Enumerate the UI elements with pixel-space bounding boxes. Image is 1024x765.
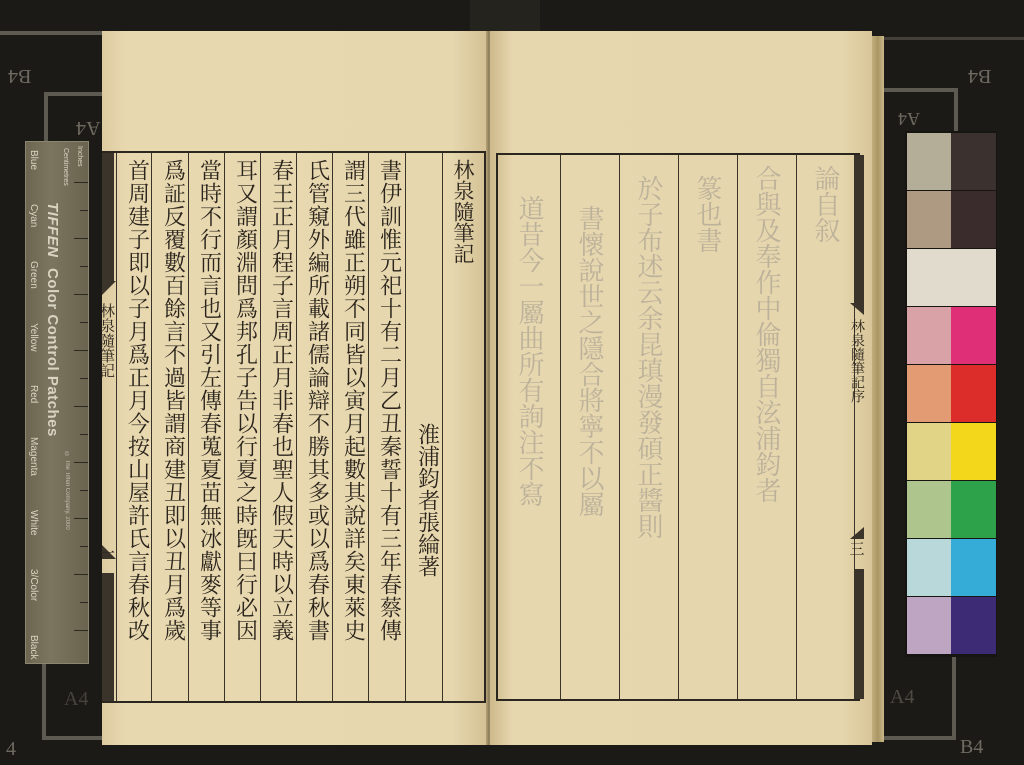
column-text: 篆也書 — [687, 175, 727, 253]
mat-guide-line — [42, 736, 102, 740]
scale-label: Centimetres — [62, 148, 69, 186]
text-column: 春王正月程子言周正月非春也聖人假天時以立義 — [266, 159, 296, 642]
show-through-column: 合與及奉作中倫獨自泫浦鈞者 — [751, 165, 781, 503]
inches-label: Inches — [76, 146, 83, 167]
fold-margin-title: 林泉隨筆記 — [96, 303, 118, 378]
patch-magenta — [951, 307, 996, 364]
fold-margin-page-number: 一 — [96, 541, 118, 566]
ruler-tick — [74, 630, 88, 631]
text-column: 首周建子即以子月爲正月今按山屋許氏言春秋改 — [122, 159, 152, 642]
author-text: 淮浦鈞者張綸著 — [415, 423, 440, 577]
ruler-tick — [80, 322, 88, 323]
label-white: White — [28, 510, 39, 536]
column-text: 爲証反覆數百餘言不過皆謂商建丑即以丑月爲歲 — [161, 159, 186, 642]
mat-label-a4: A4 — [890, 686, 914, 709]
column-text: 合與及奉作中倫獨自泫浦鈞者 — [746, 165, 786, 503]
page-number: 三 — [849, 537, 864, 562]
ruler-tick — [74, 518, 88, 519]
label-red: Red — [28, 385, 39, 403]
column-text: 春王正月程子言周正月非春也聖人假天時以立義 — [269, 159, 294, 642]
ruler-tick — [80, 434, 88, 435]
show-through-column: 道昔今一屬曲所有詢注不寫 — [514, 195, 544, 507]
column-rule — [796, 155, 797, 699]
brand-title: TIFFEN Color Control Patches — [44, 202, 61, 437]
show-through-column: 論自叙 — [810, 165, 840, 243]
column-text: 於子布述云余昆瑱漫發碩正醬則 — [628, 175, 668, 539]
fold-margin-strip — [854, 569, 864, 699]
mat-guide-line — [470, 0, 540, 31]
patch-orange-light — [907, 365, 952, 422]
mat-guide-line — [884, 736, 956, 740]
label-magenta: Magenta — [28, 437, 39, 476]
mat-guide-line — [44, 92, 102, 96]
show-through-column: 書懷說世之隱合將寧不以屬 — [574, 205, 604, 517]
left-page: 林泉隨筆記 一 首周建子即以子月爲正月今按山屋許氏言春秋改 爲証反覆數百餘言不過… — [102, 31, 490, 745]
text-column: 爲証反覆數百餘言不過皆謂商建丑即以丑月爲歲 — [158, 159, 188, 642]
ruler-tick — [74, 350, 88, 351]
mat-label-4: 4 — [6, 738, 16, 761]
column-rule — [678, 155, 679, 699]
show-through-column: 篆也書 — [692, 175, 722, 253]
fold-margin-triangle-top — [102, 281, 116, 295]
column-text: 論自叙 — [805, 165, 845, 243]
patch-violet-light — [907, 597, 952, 654]
patch-white — [907, 249, 996, 306]
text-column: 耳又謂顏淵問爲邦孔子告以行夏之時旣曰行必因 — [230, 159, 260, 642]
ruler-tick — [74, 294, 88, 295]
ruler-tick — [80, 266, 88, 267]
text-column: 書伊訓惟元祀十有二月乙丑秦誓十有三年春蔡傳 — [374, 159, 404, 642]
patch-yellow-light — [907, 423, 952, 480]
right-page-text-frame: 道昔今一屬曲所有詢注不寫 書懷說世之隱合將寧不以屬 於子布述云余昆瑱漫發碩正醬則… — [496, 153, 860, 701]
column-text: 書懷說世之隱合將寧不以屬 — [569, 205, 609, 517]
strip-title: Color Control Patches — [44, 268, 61, 437]
ruler-tick — [74, 574, 88, 575]
patch-yellow — [951, 423, 996, 480]
book-page-edges — [872, 36, 884, 742]
mat-guide-line — [884, 37, 1024, 40]
fold-margin-title-text: 林泉隨筆記 — [98, 303, 116, 378]
mat-label-b4: B4 — [960, 736, 983, 759]
column-rule — [619, 155, 620, 699]
column-rule — [332, 153, 333, 701]
fold-margin-triangle-top — [850, 303, 864, 315]
patch-green-light — [907, 481, 952, 538]
right-page: 道昔今一屬曲所有詢注不寫 書懷說世之隱合將寧不以屬 於子布述云余昆瑱漫發碩正醬則… — [490, 31, 872, 745]
ruler-tick — [74, 462, 88, 463]
column-rule — [368, 153, 369, 701]
mat-label-a4: A4 — [64, 688, 88, 711]
column-rule — [260, 153, 261, 701]
column-text: 謂三代雖正朔不同皆以寅月起數其說詳矣東萊史 — [341, 159, 366, 642]
patch-gray-light — [907, 133, 952, 190]
column-rule — [560, 155, 561, 699]
ruler-tick — [80, 210, 88, 211]
mat-label-a4: A4 — [76, 116, 100, 139]
mat-guide-line — [0, 31, 102, 35]
ruler-tick — [80, 378, 88, 379]
column-rule — [737, 155, 738, 699]
column-text: 氏管窺外編所載諸儒論辯不勝其多或以爲春秋書 — [305, 159, 330, 642]
patch-dark-1 — [951, 133, 996, 190]
patch-tan — [907, 191, 952, 248]
mat-guide-line — [44, 92, 48, 142]
patch-violet — [951, 597, 996, 654]
label-green: Green — [28, 261, 39, 289]
heading-text: 林泉隨筆記 — [451, 159, 475, 264]
mat-guide-line — [954, 88, 958, 132]
column-rule — [296, 153, 297, 701]
column-text: 首周建子即以子月爲正月今按山屋許氏言春秋改 — [125, 159, 150, 642]
book-title-heading: 林泉隨筆記 — [448, 159, 478, 264]
show-through-column: 於子布述云余昆瑱漫發碩正醬則 — [633, 175, 663, 539]
text-column: 氏管窺外編所載諸儒論辯不勝其多或以爲春秋書 — [302, 159, 332, 642]
patch-cyan — [951, 539, 996, 596]
text-column: 當時不行而言也又引左傳春蒐夏苗無冰獻麥等事 — [194, 159, 224, 642]
column-text: 耳又謂顏淵問爲邦孔子告以行夏之時旣曰行必因 — [233, 159, 258, 642]
page-number: 一 — [99, 541, 115, 566]
color-labels: Blue Cyan Green Yellow Red Magenta White… — [28, 150, 39, 660]
patch-pink-light — [907, 307, 952, 364]
mat-label-a4: A4 — [898, 108, 920, 129]
label-blue: Blue — [28, 150, 39, 170]
column-text: 道昔今一屬曲所有詢注不寫 — [509, 195, 549, 507]
column-text: 當時不行而言也又引左傳春蒐夏苗無冰獻麥等事 — [197, 159, 222, 642]
fold-margin-strip — [102, 153, 114, 281]
fold-margin-strip — [854, 155, 864, 303]
color-patch-chart — [905, 131, 997, 657]
author-line: 淮浦鈞者張綸著 — [412, 423, 442, 577]
column-rule — [405, 153, 406, 701]
mat-label-b4: B4 — [8, 64, 31, 87]
label-yellow: Yellow — [28, 323, 39, 352]
ruler-tick — [80, 490, 88, 491]
label-3color: 3/Color — [28, 569, 39, 601]
label-black: Black — [28, 635, 39, 659]
patch-cyan-light — [907, 539, 952, 596]
mat-label-b4: B4 — [968, 64, 991, 87]
patch-green — [951, 481, 996, 538]
label-cyan: Cyan — [28, 204, 39, 227]
ruler-tick — [80, 546, 88, 547]
patch-red — [951, 365, 996, 422]
column-text: 書伊訓惟元祀十有二月乙丑秦誓十有三年春蔡傳 — [377, 159, 402, 642]
ruler-tick — [74, 182, 88, 183]
ruler-tick — [80, 602, 88, 603]
mat-guide-line — [42, 662, 46, 740]
ruler-tick — [74, 238, 88, 239]
copyright: © The Tiffen Company, 2000 — [64, 452, 70, 530]
column-rule — [442, 153, 443, 701]
tiffen-logo: TIFFEN — [44, 202, 61, 258]
patch-dark-2 — [951, 191, 996, 248]
column-rule — [188, 153, 189, 701]
mat-guide-line — [952, 657, 956, 739]
fold-margin-title-text: 林泉隨筆記序 — [848, 319, 866, 403]
calibration-strip: Blue Cyan Green Yellow Red Magenta White… — [25, 141, 89, 664]
margin-rule — [116, 153, 117, 701]
column-rule — [224, 153, 225, 701]
fold-margin-page-number: 三 — [846, 537, 868, 562]
mat-guide-line — [884, 88, 956, 92]
ruler-tick — [74, 406, 88, 407]
left-page-text-frame: 林泉隨筆記 一 首周建子即以子月爲正月今按山屋許氏言春秋改 爲証反覆數百餘言不過… — [102, 151, 486, 703]
text-column: 謂三代雖正朔不同皆以寅月起數其說詳矣東萊史 — [338, 159, 368, 642]
fold-margin-title: 林泉隨筆記序 — [846, 319, 868, 403]
fold-margin-strip — [102, 573, 114, 701]
